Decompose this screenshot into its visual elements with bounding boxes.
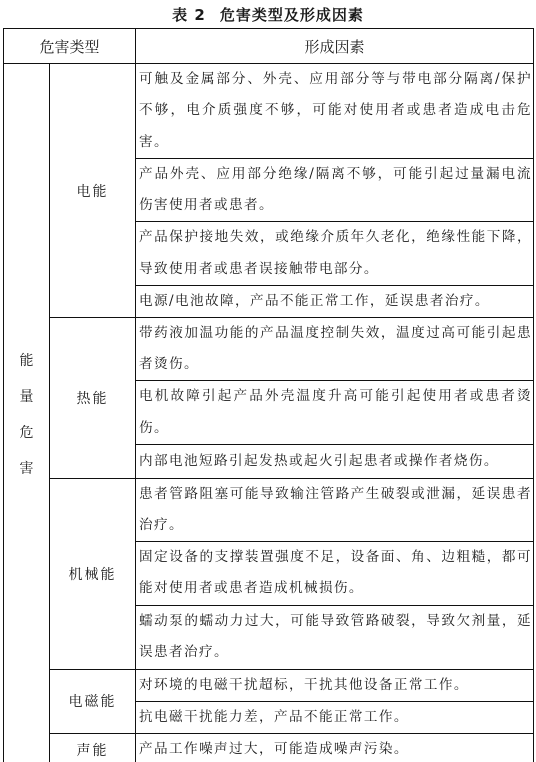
subtype-mechanical: 机械能 (50, 478, 136, 669)
table-number: 表 2 (172, 6, 206, 24)
category-energy-hazard: 能 量 危 害 (4, 64, 50, 762)
table-caption: 表 2危害类型及形成因素 (0, 4, 536, 26)
subtype-thermal: 热能 (50, 318, 136, 479)
factor-cell: 固定设备的支撑装置强度不足，设备面、角、边粗糙，都可能对使用者或患者造成机械损伤… (136, 542, 534, 605)
factor-cell: 对环境的电磁干扰超标，干扰其他设备正常工作。 (136, 669, 534, 701)
table-row: 热能 带药液加温功能的产品温度控制失效，温度过高可能引起患者烫伤。 (4, 318, 534, 381)
subtype-acoustic: 声能 (50, 734, 136, 762)
factor-cell: 电机故障引起产品外壳温度升高可能引起使用者或患者烫伤。 (136, 381, 534, 444)
factor-cell: 电源/电池故障，产品不能正常工作，延误患者治疗。 (136, 285, 534, 317)
factor-cell: 蠕动泵的蠕动力过大，可能导致管路破裂，导致欠剂量，延误患者治疗。 (136, 605, 534, 669)
table-row: 机械能 患者管路阻塞可能导致输注管路产生破裂或泄漏，延误患者治疗。 (4, 478, 534, 541)
factor-cell: 患者管路阻塞可能导致输注管路产生破裂或泄漏，延误患者治疗。 (136, 478, 534, 541)
header-factors: 形成因素 (136, 29, 534, 64)
factor-cell: 内部电池短路引起发热或起火引起患者或操作者烧伤。 (136, 444, 534, 478)
header-hazard-type: 危害类型 (4, 29, 136, 64)
table-row: 声能 产品工作噪声过大，可能造成噪声污染。 (4, 734, 534, 762)
table-row: 电磁能 对环境的电磁干扰超标，干扰其他设备正常工作。 (4, 669, 534, 701)
hazard-table: 危害类型 形成因素 能 量 危 害 电能 可触及金属部分、外壳、应用部分等与带电… (3, 28, 534, 762)
factor-cell: 产品工作噪声过大，可能造成噪声污染。 (136, 734, 534, 762)
table-row: 能 量 危 害 电能 可触及金属部分、外壳、应用部分等与带电部分隔离/保护不够，… (4, 64, 534, 159)
factor-cell: 产品外壳、应用部分绝缘/隔离不够，可能引起过量漏电流伤害使用者或患者。 (136, 159, 534, 222)
factor-cell: 可触及金属部分、外壳、应用部分等与带电部分隔离/保护不够，电介质强度不够，可能对… (136, 64, 534, 159)
factor-cell: 抗电磁干扰能力差，产品不能正常工作。 (136, 701, 534, 733)
factor-cell: 产品保护接地失效，或绝缘介质年久老化，绝缘性能下降，导致使用者或患者误接触带电部… (136, 222, 534, 285)
header-row: 危害类型 形成因素 (4, 29, 534, 64)
factor-cell: 带药液加温功能的产品温度控制失效，温度过高可能引起患者烫伤。 (136, 318, 534, 381)
subtype-electromagnetic: 电磁能 (50, 669, 136, 733)
table-title: 危害类型及形成因素 (220, 6, 364, 24)
subtype-electrical: 电能 (50, 64, 136, 318)
